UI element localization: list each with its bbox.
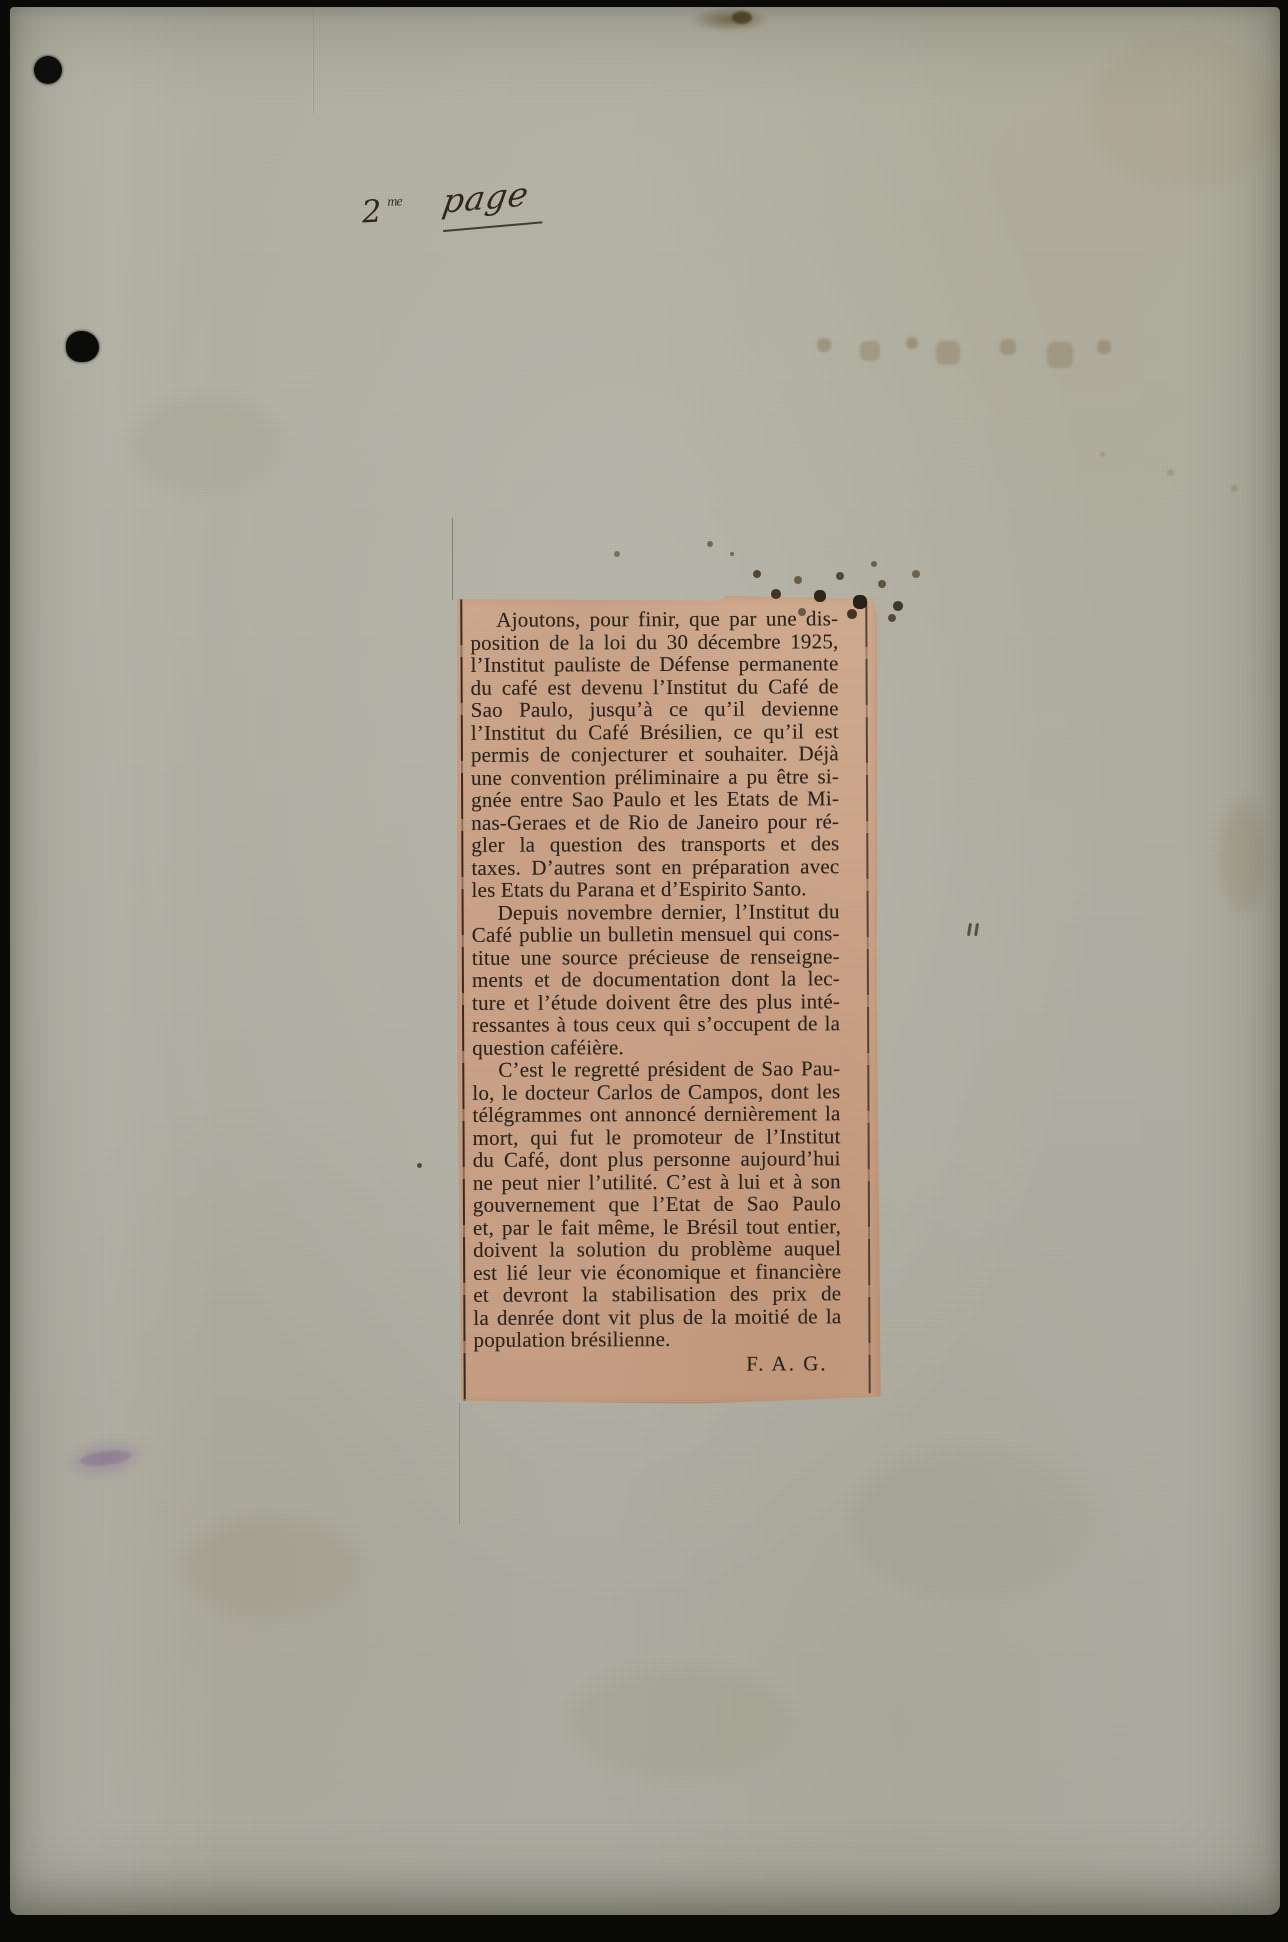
clipping-line: permis de conjecturer et souhaiter. Déjà bbox=[471, 742, 839, 766]
clipping-line: les Etats du Parana et d’Espirito Santo. bbox=[471, 877, 839, 901]
stain bbox=[1090, 37, 1280, 187]
pencil-line bbox=[452, 518, 453, 600]
paper-crease bbox=[313, 7, 314, 117]
clipping-line: Café publie un bulletin mensuel qui cons… bbox=[472, 922, 840, 946]
clipping-line: et devront la stabilisation des prix de bbox=[473, 1282, 841, 1306]
annotation-number: 2 bbox=[361, 193, 383, 230]
clipping-line: gouvernement que l’Etat de Sao Paulo bbox=[473, 1192, 841, 1216]
stain bbox=[732, 11, 752, 24]
clipping-line: gnée entre Sao Paulo et les Etats de Mi- bbox=[471, 787, 839, 811]
clipping-line: l’Institut pauliste de Défense permanent… bbox=[470, 652, 838, 676]
clipping-line: ne peut nier l’utilité. C’est à lui et à… bbox=[473, 1170, 841, 1194]
scanned-photo: 2 me page Ajoutons, pour finir, que par … bbox=[0, 0, 1288, 1942]
handwritten-annotation: 2 me page bbox=[360, 168, 574, 259]
stain bbox=[1100, 452, 1105, 457]
clipping-line: population brésilienne. bbox=[473, 1327, 841, 1351]
clipping-line: Ajoutons, pour finir, que par une dis- bbox=[470, 607, 838, 631]
clipping-line: Depuis novembre dernier, l’Institut du bbox=[472, 900, 840, 924]
clipping-line: ments et de documentation dont la lec- bbox=[472, 967, 840, 991]
stain bbox=[570, 1667, 790, 1777]
annotation-underline bbox=[443, 221, 543, 232]
pencil-line bbox=[459, 1403, 460, 1523]
clipping-line: Sao Paulo, jusqu’à ce qu’il devienne bbox=[471, 697, 839, 721]
clipping-line: est lié leur vie économique et financièr… bbox=[473, 1260, 841, 1284]
column-rule-left bbox=[460, 599, 466, 1402]
clipping-line: doivent la solution du problème auquel bbox=[473, 1237, 841, 1261]
annotation-word: page bbox=[440, 174, 532, 221]
clipping-line: et, par le fait même, le Brésil tout ent… bbox=[473, 1215, 841, 1239]
clipping-line: ture et l’étude doivent être des plus in… bbox=[472, 990, 840, 1014]
newspaper-clipping: Ajoutons, pour finir, que par une dis-po… bbox=[455, 595, 881, 1405]
clipping-line: mort, qui fut le promoteur de l’Institut bbox=[473, 1125, 841, 1149]
annotation-superscript: me bbox=[387, 194, 402, 211]
clipping-line: titue une source précieuse de renseigne- bbox=[472, 945, 840, 969]
clipping-line: télégrammes ont annoncé dernièrement la bbox=[472, 1102, 840, 1126]
ink-dot bbox=[417, 1163, 422, 1168]
clipping-line: une convention préliminaire a pu être si… bbox=[471, 765, 839, 789]
pen-mark bbox=[967, 923, 972, 936]
stain bbox=[690, 7, 770, 32]
clipping-line: ressantes à tous ceux qui s’occupent de … bbox=[472, 1012, 840, 1036]
clipping-line: gler la question des transports et des bbox=[471, 832, 839, 856]
clipping-line: C’est le regretté président de Sao Pau- bbox=[472, 1057, 840, 1081]
clipping-line: du café est devenu l’Institut du Café de bbox=[471, 675, 839, 699]
stain bbox=[1220, 802, 1266, 912]
clipping-line: du Café, dont plus personne aujourd’hui bbox=[473, 1147, 841, 1171]
mold-speckles bbox=[730, 552, 734, 556]
clipping-line: l’Institut du Café Brésilien, ce qu’il e… bbox=[471, 720, 839, 744]
archive-paper-sheet: 2 me page Ajoutons, pour finir, que par … bbox=[10, 7, 1280, 1915]
clipping-line: nas-Geraes et de Rio de Janeiro pour ré- bbox=[471, 810, 839, 834]
clipping-line: taxes. D’autres sont en préparation avec bbox=[471, 855, 839, 879]
stain-streak bbox=[810, 337, 814, 341]
clipping-paragraph: Depuis novembre dernier, l’Institut duCa… bbox=[472, 900, 841, 1059]
clipping-line: la denrée dont vit plus de la moitié de … bbox=[473, 1305, 841, 1329]
clipping-line: lo, le docteur Carlos de Campos, dont le… bbox=[472, 1080, 840, 1104]
punch-hole bbox=[66, 331, 99, 362]
column-rule-right bbox=[865, 601, 870, 1393]
clipping-text-column: Ajoutons, pour finir, que par une dis-po… bbox=[470, 607, 841, 1376]
clipping-line: position de la loi du 30 décembre 1925, bbox=[470, 630, 838, 654]
clipping-line: question caféière. bbox=[472, 1035, 840, 1059]
clipping-paragraph: C’est le regretté président de Sao Pau-l… bbox=[472, 1057, 841, 1351]
paper-light-band bbox=[10, 7, 228, 1915]
clipping-paragraph: Ajoutons, pour finir, que par une dis-po… bbox=[470, 607, 839, 901]
clipping-signature: F. A. G. bbox=[474, 1352, 842, 1376]
punch-hole bbox=[34, 56, 62, 84]
stain bbox=[850, 1447, 1090, 1597]
